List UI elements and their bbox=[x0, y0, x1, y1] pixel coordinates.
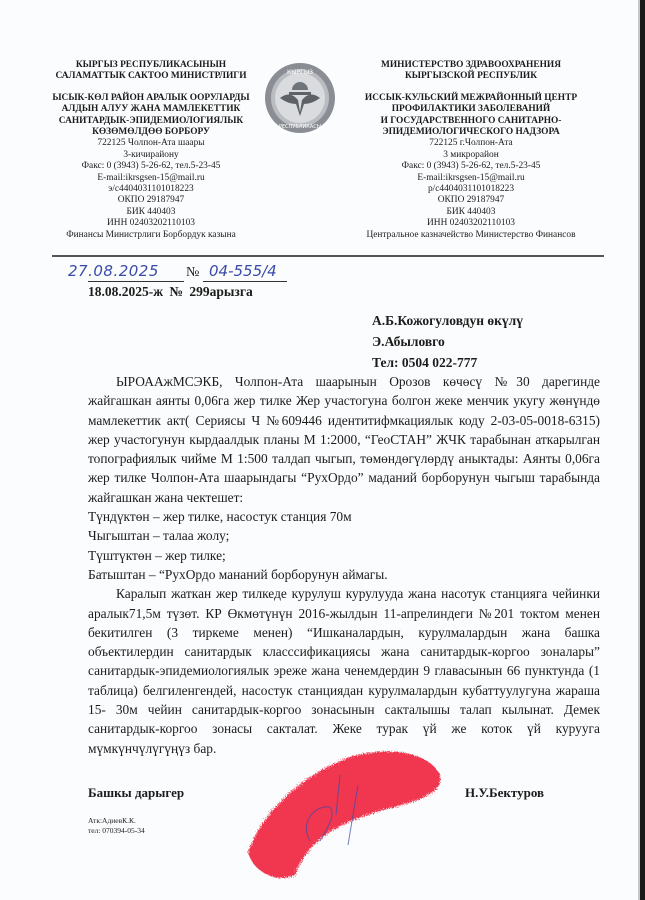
fax-line: Факс: 0 (3943) 5-26-62, тел.5-23-45 bbox=[340, 161, 602, 172]
ministry-line-1: КЫРГЫЗ РЕСПУБЛИКАСЫНЫН bbox=[40, 60, 262, 71]
boundary-north: Түндүктөн – жер тилке, насостук станция … bbox=[88, 507, 600, 526]
okpo-line: ОКПО 29187947 bbox=[340, 195, 602, 206]
document-page: КЫРГЫЗ РЕСПУБЛИКАСЫНЫН САЛАМАТТЫК САКТОО… bbox=[0, 0, 640, 900]
treasury-line: Финансы Министрлиги Борбордук казына bbox=[40, 230, 262, 241]
header-right-russian: МИНИСТЕРСТВО ЗДРАВООХРАНЕНИЯ КЫРГЫЗСКОЙ … bbox=[340, 60, 602, 241]
bik-line: БИК 440403 bbox=[340, 207, 602, 218]
reference-line: 18.08.2025-ж № 299арызга bbox=[88, 284, 253, 300]
email-line: E-mail:ikrsgsen-15@mail.ru bbox=[40, 173, 262, 184]
header-left-kyrgyz: КЫРГЫЗ РЕСПУБЛИКАСЫНЫН САЛАМАТТЫК САКТОО… bbox=[40, 60, 262, 241]
district-line: 3 микрорайон bbox=[340, 150, 602, 161]
boundary-south: Түштүктөн – жер тилке; bbox=[88, 546, 600, 565]
addressee-phone: Тел: 0504 022-777 bbox=[372, 352, 523, 373]
red-stamp-redaction bbox=[240, 745, 450, 885]
handwritten-date: 27.08.2025 bbox=[68, 262, 159, 280]
date-underline bbox=[88, 281, 184, 282]
ministry-line-2: КЫРГЫЗСКОЙ РЕСПУБЛИК bbox=[340, 71, 602, 82]
fax-line: Факс: 0 (3943) 5-26-62, тел.5-23-45 bbox=[40, 161, 262, 172]
org-line-2: ПРОФИЛАКТИКИ ЗАБОЛЕВАНИЙ bbox=[340, 104, 602, 115]
handwritten-outgoing-number: 04-555/4 bbox=[209, 262, 277, 280]
body-paragraph-1: ЫРОААжМСЭКБ, Чолпон-Ата шаарынын Орозов … bbox=[88, 372, 600, 507]
inn-line: ИНН 02403202110103 bbox=[40, 218, 262, 229]
number-underline bbox=[203, 281, 287, 282]
account-line: р/с4404031101018223 bbox=[340, 184, 602, 195]
address-line: 722125 г.Чолпон-Ата bbox=[340, 138, 602, 149]
org-line-3: И ГОСУДАРСТВЕННОГО САНИТАРНО- bbox=[340, 116, 602, 127]
ministry-line-1: МИНИСТЕРСТВО ЗДРАВООХРАНЕНИЯ bbox=[340, 60, 602, 71]
header-divider bbox=[52, 255, 604, 257]
email-line: E-mail:ikrsgsen-15@mail.ru bbox=[340, 173, 602, 184]
inn-line: ИНН 02403202110103 bbox=[340, 218, 602, 229]
org-line-1: ЫСЫК-КӨЛ РАЙОН АРАЛЫК ООРУЛАРДЫ bbox=[40, 93, 262, 104]
address-line: 722125 Чолпон-Ата шаары bbox=[40, 138, 262, 149]
bik-line: БИК 440403 bbox=[40, 207, 262, 218]
treasury-line: Центральное казначейство Министерство Фи… bbox=[340, 230, 602, 241]
boundary-east: Чыгыштан – талаа жолу; bbox=[88, 526, 600, 545]
district-line: 3-кичирайону bbox=[40, 150, 262, 161]
org-line-4: КӨЗӨМӨЛДӨӨ БОРБОРУ bbox=[40, 127, 262, 138]
org-line-2: АЛДЫН АЛУУ ЖАНА МАМЛЕКЕТТИК bbox=[40, 104, 262, 115]
svg-text:РЕСПУБЛИКАСЫ: РЕСПУБЛИКАСЫ bbox=[279, 124, 321, 130]
addressee-line-2: Э.Абыловго bbox=[372, 331, 523, 352]
letter-body: ЫРОААжМСЭКБ, Чолпон-Ата шаарынын Орозов … bbox=[88, 372, 600, 758]
org-line-4: ЭПИДЕМИОЛОГИЧЕСКОГО НАДЗОРА bbox=[340, 127, 602, 138]
executor-phone: тел: 070394-05-34 bbox=[88, 826, 145, 836]
boundary-west: Батыштан – “РухОрдо мананий борборунун а… bbox=[88, 565, 600, 584]
signatory-title: Башкы дарыгер bbox=[88, 785, 184, 801]
ministry-line-2: САЛАМАТТЫК САКТОО МИНИСТРЛИГИ bbox=[40, 71, 262, 82]
addressee-line-1: А.Б.Кожогуловдун өкүлү bbox=[372, 310, 523, 331]
state-emblem-icon: КЫРГЫЗ РЕСПУБЛИКАСЫ bbox=[262, 60, 338, 136]
signatory-name: Н.У.Бектуров bbox=[465, 785, 544, 801]
svg-text:КЫРГЫЗ: КЫРГЫЗ bbox=[287, 69, 313, 76]
account-line: э/с4404031101018223 bbox=[40, 184, 262, 195]
addressee-block: А.Б.Кожогуловдун өкүлү Э.Абыловго Тел: 0… bbox=[372, 310, 523, 373]
org-line-1: ИССЫК-КУЛЬСКИЙ МЕЖРАЙОННЫЙ ЦЕНТР bbox=[340, 93, 602, 104]
boundary-list: Түндүктөн – жер тилке, насостук станция … bbox=[88, 507, 600, 584]
okpo-line: ОКПО 29187947 bbox=[40, 195, 262, 206]
executor-block: Атк:АдиевК.К. тел: 070394-05-34 bbox=[88, 816, 145, 836]
executor-name: Атк:АдиевК.К. bbox=[88, 816, 145, 826]
number-sign: № bbox=[186, 265, 199, 281]
body-paragraph-2: Каралып жаткан жер тилкеде курулуш курул… bbox=[88, 584, 600, 758]
org-line-3: САНИТАРДЫК-ЭПИДЕМИОЛОГИЯЛЫК bbox=[40, 116, 262, 127]
